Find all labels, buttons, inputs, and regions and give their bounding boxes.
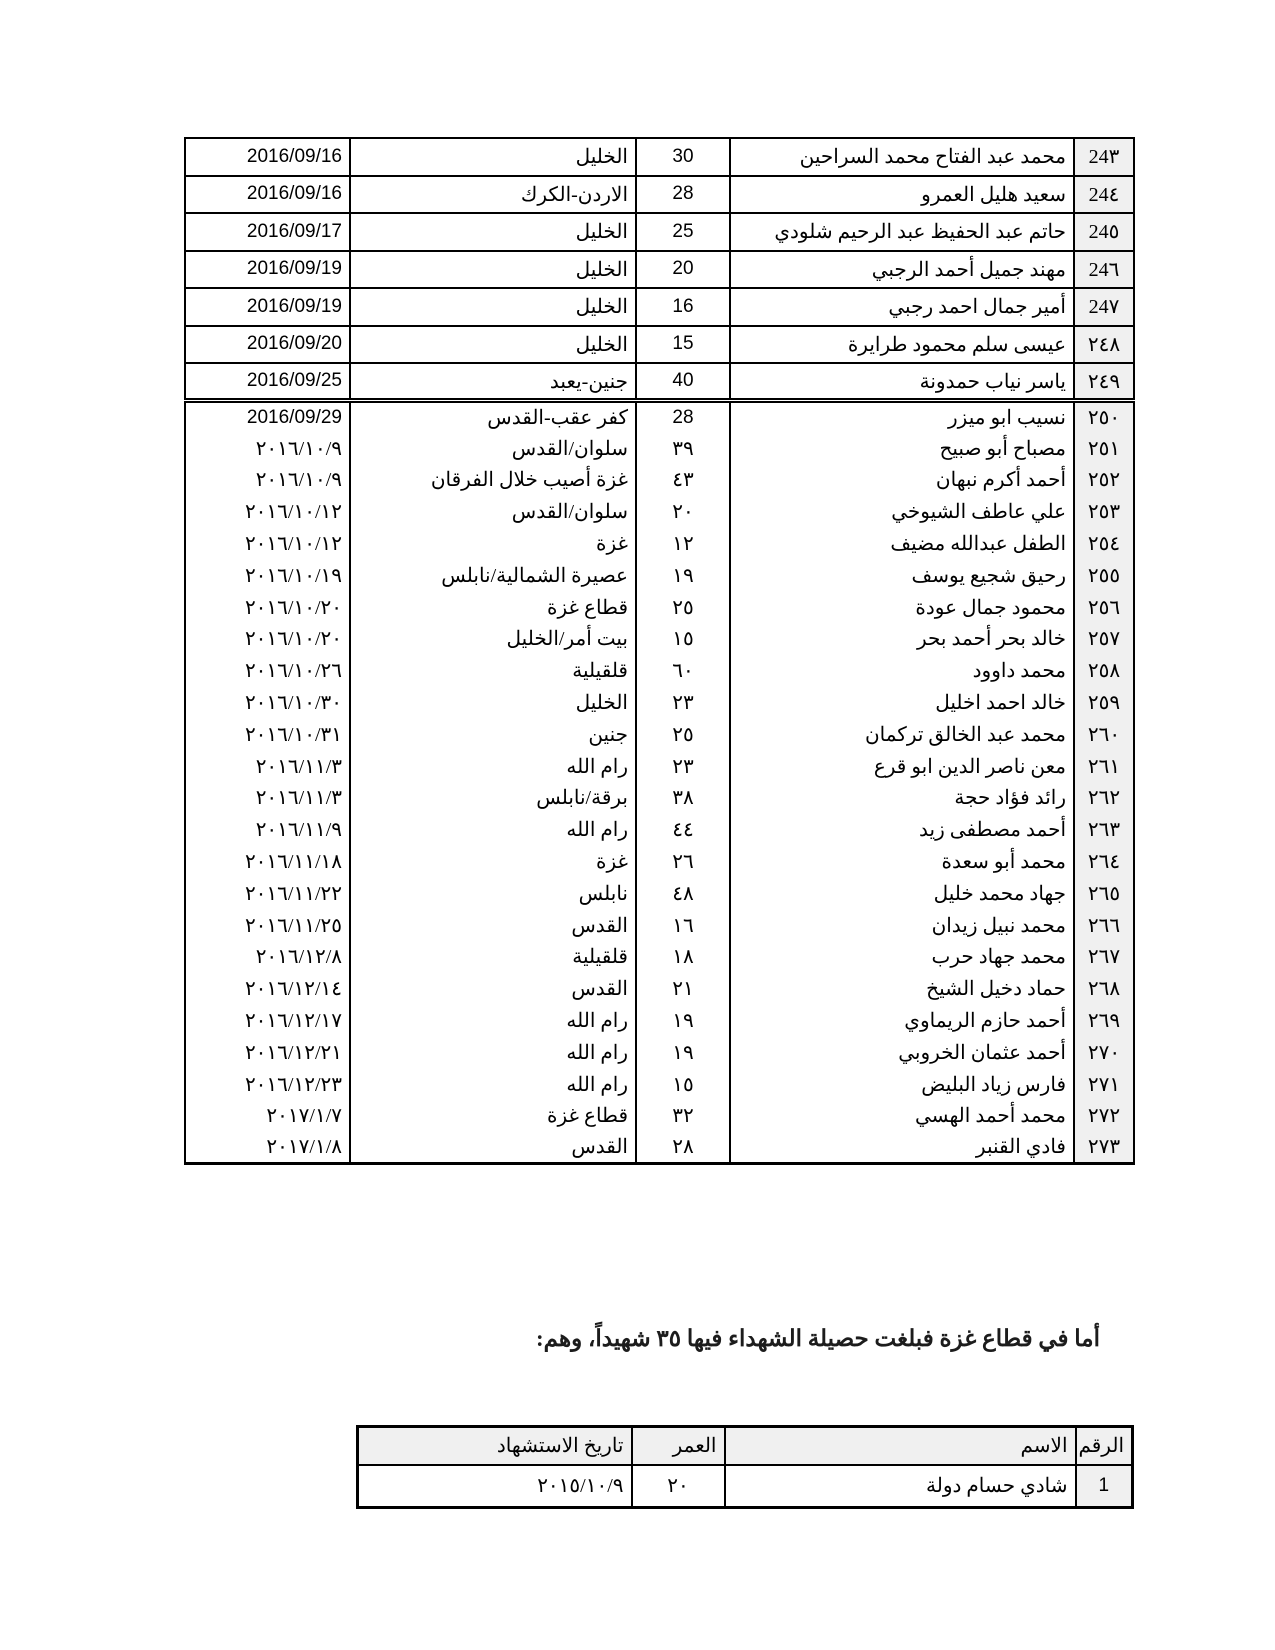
cell-age: ٤٣ [636, 464, 730, 496]
cell-location: الخليل [350, 138, 636, 176]
cell-name: ياسر نياب حمدونة [730, 363, 1074, 401]
table-row: 24٤سعيد هليل العمرو28الاردن-الكرك2016/09… [185, 176, 1134, 214]
cell-date: ٢٠١٦/١٠/٩ [185, 432, 350, 464]
cell-age: ١٦ [636, 909, 730, 941]
cell-age: ٣٢ [636, 1100, 730, 1132]
martyrs-table-continued: 24٣محمد عبد الفتاح محمد السراحين30الخليل… [184, 137, 1135, 1165]
document-page: 24٣محمد عبد الفتاح محمد السراحين30الخليل… [0, 0, 1275, 1650]
cell-age: ٤٤ [636, 814, 730, 846]
table-row: ٢٧١فارس زياد البليض١٥رام الله٢٠١٦/١٢/٢٣ [185, 1068, 1134, 1100]
table-row: ٢٥٥رحيق شجيع يوسف١٩عصيرة الشمالية/نابلس٢… [185, 559, 1134, 591]
cell-date: ٢٠١٦/١٢/٢٣ [185, 1068, 350, 1100]
cell-age: ٢٠ [632, 1465, 725, 1508]
header-date: تاريخ الاستشهاد [358, 1427, 632, 1465]
table-row: ٢٥٣علي عاطف الشيوخي٢٠سلوان/القدس٢٠١٦/١٠/… [185, 496, 1134, 528]
table-row: 24٥حاتم عبد الحفيظ عبد الرحيم شلودي25الخ… [185, 213, 1134, 251]
cell-name: أحمد عثمان الخروبي [730, 1036, 1074, 1068]
table-row: ٢٥٧خالد بحر أحمد بحر١٥بيت أمر/الخليل٢٠١٦… [185, 623, 1134, 655]
cell-name: شادي حسام دولة [725, 1465, 1076, 1508]
cell-name: أمير جمال احمد رجبي [730, 288, 1074, 326]
cell-location: قطاع غزة [350, 1100, 636, 1132]
cell-age: ٢١ [636, 973, 730, 1005]
cell-number: ٢٥٥ [1074, 559, 1134, 591]
table-row: 24٣محمد عبد الفتاح محمد السراحين30الخليل… [185, 138, 1134, 176]
cell-age: 30 [636, 138, 730, 176]
cell-location: القدس [350, 909, 636, 941]
cell-date: ٢٠١٦/١٢/٨ [185, 941, 350, 973]
cell-age: ٦٠ [636, 655, 730, 687]
cell-location: نابلس [350, 877, 636, 909]
cell-number: ٢٦٥ [1074, 877, 1134, 909]
cell-age: 28 [636, 176, 730, 214]
cell-number: ٢٦٤ [1074, 846, 1134, 878]
cell-name: مهند جميل أحمد الرجبي [730, 251, 1074, 289]
cell-date: ٢٠١٦/١١/٢٥ [185, 909, 350, 941]
cell-location: الخليل [350, 213, 636, 251]
cell-name: خالد بحر أحمد بحر [730, 623, 1074, 655]
cell-name: محمد أبو سعدة [730, 846, 1074, 878]
cell-date: ٢٠١٦/١٢/٢١ [185, 1036, 350, 1068]
cell-date: ٢٠١٦/١٠/٢٠ [185, 591, 350, 623]
cell-age: ١٢ [636, 528, 730, 560]
table-row: 1 شادي حسام دولة ٢٠ ٢٠١٥/١٠/٩ [358, 1465, 1133, 1508]
cell-number: ٢٦٦ [1074, 909, 1134, 941]
cell-number: ٢٦٣ [1074, 814, 1134, 846]
cell-number: ٢٥٤ [1074, 528, 1134, 560]
cell-date: ٢٠١٦/١٢/١٤ [185, 973, 350, 1005]
cell-number: ٢٥٩ [1074, 687, 1134, 719]
table-row: ٢٥٤الطفل عبدالله مضيف١٢غزة٢٠١٦/١٠/١٢ [185, 528, 1134, 560]
cell-age: ٢٣ [636, 687, 730, 719]
cell-name: حماد دخيل الشيخ [730, 973, 1074, 1005]
cell-date: 2016/09/19 [185, 251, 350, 289]
cell-location: رام الله [350, 1005, 636, 1037]
cell-name: علي عاطف الشيوخي [730, 496, 1074, 528]
cell-name: محمد نبيل زيدان [730, 909, 1074, 941]
table-row: ٢٦٨حماد دخيل الشيخ٢١القدس٢٠١٦/١٢/١٤ [185, 973, 1134, 1005]
cell-location: عصيرة الشمالية/نابلس [350, 559, 636, 591]
cell-location: الخليل [350, 288, 636, 326]
cell-number: ٢٥٢ [1074, 464, 1134, 496]
cell-age: ٣٨ [636, 782, 730, 814]
cell-name: رائد فؤاد حجة [730, 782, 1074, 814]
cell-name: محمد عبد الفتاح محمد السراحين [730, 138, 1074, 176]
cell-location: رام الله [350, 814, 636, 846]
cell-number: ٢٥٦ [1074, 591, 1134, 623]
cell-date: 2016/09/19 [185, 288, 350, 326]
cell-number: ٢٧١ [1074, 1068, 1134, 1100]
cell-age: ٢٦ [636, 846, 730, 878]
cell-number: ٢٧٢ [1074, 1100, 1134, 1132]
table-row: ٢٦١معن ناصر الدين ابو قرع٢٣رام الله٢٠١٦/… [185, 750, 1134, 782]
cell-location: الخليل [350, 687, 636, 719]
cell-location: قلقيلية [350, 655, 636, 687]
cell-age: ٢٣ [636, 750, 730, 782]
cell-name: حاتم عبد الحفيظ عبد الرحيم شلودي [730, 213, 1074, 251]
table-row: ٢٤٩ياسر نياب حمدونة40جنين-يعبد2016/09/25 [185, 363, 1134, 401]
cell-date: 2016/09/17 [185, 213, 350, 251]
cell-date: ٢٠١٦/١١/١٨ [185, 846, 350, 878]
cell-name: محمد أحمد الهسي [730, 1100, 1074, 1132]
cell-date: ٢٠١٦/١١/٣ [185, 750, 350, 782]
cell-date: 2016/09/29 [185, 401, 350, 433]
header-age: العمر [632, 1427, 725, 1465]
cell-date: ٢٠١٦/١٠/١٢ [185, 496, 350, 528]
cell-age: ١٨ [636, 941, 730, 973]
cell-name: محمود جمال عودة [730, 591, 1074, 623]
gaza-martyrs-table: الرقم الاسم العمر تاريخ الاستشهاد 1 شادي… [356, 1425, 1134, 1509]
cell-date: ٢٠١٦/١٠/١٩ [185, 559, 350, 591]
cell-date: ٢٠١٦/١٠/٢٠ [185, 623, 350, 655]
table-row: ٢٦٩أحمد حازم الريماوي١٩رام الله٢٠١٦/١٢/١… [185, 1005, 1134, 1037]
cell-number: ٢٦٧ [1074, 941, 1134, 973]
cell-location: غزة [350, 528, 636, 560]
table-row: ٢٧٠أحمد عثمان الخروبي١٩رام الله٢٠١٦/١٢/٢… [185, 1036, 1134, 1068]
cell-age: ٣٩ [636, 432, 730, 464]
cell-location: الخليل [350, 251, 636, 289]
cell-number: ٢٦٢ [1074, 782, 1134, 814]
cell-age: ١٩ [636, 1005, 730, 1037]
cell-name: محمد داوود [730, 655, 1074, 687]
cell-age: ٤٨ [636, 877, 730, 909]
cell-name: محمد عبد الخالق تركمان [730, 718, 1074, 750]
table-row: ٢٥٢أحمد أكرم نبهان٤٣غزة أصيب خلال الفرقا… [185, 464, 1134, 496]
cell-name: خالد احمد اخليل [730, 687, 1074, 719]
table-row: ٢٦٠محمد عبد الخالق تركمان٢٥جنين٢٠١٦/١٠/٣… [185, 718, 1134, 750]
cell-number: ٢٦٨ [1074, 973, 1134, 1005]
cell-number: 24٥ [1074, 213, 1134, 251]
cell-age: 28 [636, 401, 730, 433]
cell-location: جنين-يعبد [350, 363, 636, 401]
cell-location: رام الله [350, 1036, 636, 1068]
cell-number: 24٤ [1074, 176, 1134, 214]
cell-number: 24٣ [1074, 138, 1134, 176]
cell-number: ٢٤٩ [1074, 363, 1134, 401]
cell-age: ١٩ [636, 1036, 730, 1068]
cell-name: فادي القنبر [730, 1132, 1074, 1164]
cell-number: ٢٥٧ [1074, 623, 1134, 655]
table-row: ٢٤٨عيسى سلم محمود طرايرة15الخليل2016/09/… [185, 326, 1134, 364]
cell-location: قطاع غزة [350, 591, 636, 623]
cell-location: رام الله [350, 750, 636, 782]
cell-number: ٢٥٨ [1074, 655, 1134, 687]
cell-name: أحمد حازم الريماوي [730, 1005, 1074, 1037]
table-row: ٢٥١مصباح أبو صبيح٣٩سلوان/القدس٢٠١٦/١٠/٩ [185, 432, 1134, 464]
table-row: ٢٥٨محمد داوود٦٠قلقيلية٢٠١٦/١٠/٢٦ [185, 655, 1134, 687]
table-row: ٢٥٠نسيب ابو ميزر28كفر عقب-القدس2016/09/2… [185, 401, 1134, 433]
cell-date: ٢٠١٦/١٠/١٢ [185, 528, 350, 560]
cell-age: ٢٠ [636, 496, 730, 528]
cell-date: ٢٠١٦/١١/٢٢ [185, 877, 350, 909]
cell-number: ٢٤٨ [1074, 326, 1134, 364]
cell-location: رام الله [350, 1068, 636, 1100]
table-row: ٢٦٢رائد فؤاد حجة٣٨برقة/نابلس٢٠١٦/١١/٣ [185, 782, 1134, 814]
table-row: ٢٦٦محمد نبيل زيدان١٦القدس٢٠١٦/١١/٢٥ [185, 909, 1134, 941]
table-header-row: الرقم الاسم العمر تاريخ الاستشهاد [358, 1427, 1133, 1465]
cell-age: 25 [636, 213, 730, 251]
cell-date: ٢٠١٦/١١/٣ [185, 782, 350, 814]
cell-location: سلوان/القدس [350, 496, 636, 528]
table-row: ٢٧٣فادي القنبر٢٨القدس٢٠١٧/١/٨ [185, 1132, 1134, 1164]
cell-name: رحيق شجيع يوسف [730, 559, 1074, 591]
cell-date: ٢٠١٦/١٠/٩ [185, 464, 350, 496]
cell-number: ٢٧٣ [1074, 1132, 1134, 1164]
cell-name: أحمد أكرم نبهان [730, 464, 1074, 496]
cell-date: ٢٠١٥/١٠/٩ [358, 1465, 632, 1508]
cell-date: 2016/09/16 [185, 138, 350, 176]
cell-number: 24٦ [1074, 251, 1134, 289]
cell-location: بيت أمر/الخليل [350, 623, 636, 655]
cell-name: عيسى سلم محمود طرايرة [730, 326, 1074, 364]
cell-location: قلقيلية [350, 941, 636, 973]
cell-name: الطفل عبدالله مضيف [730, 528, 1074, 560]
cell-date: ٢٠١٦/١٢/١٧ [185, 1005, 350, 1037]
cell-number: ٢٥٣ [1074, 496, 1134, 528]
cell-name: محمد جهاد حرب [730, 941, 1074, 973]
cell-age: 40 [636, 363, 730, 401]
cell-number: 1 [1076, 1465, 1133, 1508]
cell-number: ٢٥١ [1074, 432, 1134, 464]
cell-date: ٢٠١٦/١٠/٣١ [185, 718, 350, 750]
cell-number: 24٧ [1074, 288, 1134, 326]
cell-location: برقة/نابلس [350, 782, 636, 814]
table-row: ٢٦٧محمد جهاد حرب١٨قلقيلية٢٠١٦/١٢/٨ [185, 941, 1134, 973]
cell-number: ٢٥٠ [1074, 401, 1134, 433]
cell-date: ٢٠١٦/١٠/٣٠ [185, 687, 350, 719]
table-row: ٢٦٣أحمد مصطفى زيد٤٤رام الله٢٠١٦/١١/٩ [185, 814, 1134, 846]
cell-name: معن ناصر الدين ابو قرع [730, 750, 1074, 782]
table-row: ٢٥٩خالد احمد اخليل٢٣الخليل٢٠١٦/١٠/٣٠ [185, 687, 1134, 719]
cell-age: ١٩ [636, 559, 730, 591]
cell-location: سلوان/القدس [350, 432, 636, 464]
cell-location: القدس [350, 1132, 636, 1164]
cell-location: كفر عقب-القدس [350, 401, 636, 433]
cell-age: ١٥ [636, 623, 730, 655]
cell-location: القدس [350, 973, 636, 1005]
section-heading: أما في قطاع غزة فبلغت حصيلة الشهداء فيها… [536, 1326, 1100, 1352]
cell-age: ٢٥ [636, 718, 730, 750]
cell-number: ٢٦٩ [1074, 1005, 1134, 1037]
cell-name: جهاد محمد خليل [730, 877, 1074, 909]
cell-date: ٢٠١٦/١٠/٢٦ [185, 655, 350, 687]
table-row: 24٦مهند جميل أحمد الرجبي20الخليل2016/09/… [185, 251, 1134, 289]
cell-name: نسيب ابو ميزر [730, 401, 1074, 433]
cell-date: 2016/09/25 [185, 363, 350, 401]
table-row: ٢٦٤محمد أبو سعدة٢٦غزة٢٠١٦/١١/١٨ [185, 846, 1134, 878]
cell-age: 16 [636, 288, 730, 326]
cell-date: ٢٠١٧/١/٨ [185, 1132, 350, 1164]
cell-location: الخليل [350, 326, 636, 364]
table-row: ٢٧٢محمد أحمد الهسي٣٢قطاع غزة٢٠١٧/١/٧ [185, 1100, 1134, 1132]
cell-date: ٢٠١٧/١/٧ [185, 1100, 350, 1132]
cell-number: ٢٦٠ [1074, 718, 1134, 750]
cell-date: 2016/09/16 [185, 176, 350, 214]
cell-location: غزة [350, 846, 636, 878]
cell-age: ٢٨ [636, 1132, 730, 1164]
cell-age: ٢٥ [636, 591, 730, 623]
table-row: ٢٥٦محمود جمال عودة٢٥قطاع غزة٢٠١٦/١٠/٢٠ [185, 591, 1134, 623]
header-number: الرقم [1076, 1427, 1133, 1465]
cell-name: أحمد مصطفى زيد [730, 814, 1074, 846]
cell-name: مصباح أبو صبيح [730, 432, 1074, 464]
cell-date: ٢٠١٦/١١/٩ [185, 814, 350, 846]
cell-location: غزة أصيب خلال الفرقان [350, 464, 636, 496]
cell-number: ٢٦١ [1074, 750, 1134, 782]
header-name: الاسم [725, 1427, 1076, 1465]
cell-date: 2016/09/20 [185, 326, 350, 364]
cell-name: فارس زياد البليض [730, 1068, 1074, 1100]
cell-location: جنين [350, 718, 636, 750]
cell-name: سعيد هليل العمرو [730, 176, 1074, 214]
cell-location: الاردن-الكرك [350, 176, 636, 214]
table-row: ٢٦٥جهاد محمد خليل٤٨نابلس٢٠١٦/١١/٢٢ [185, 877, 1134, 909]
cell-age: 20 [636, 251, 730, 289]
cell-age: 15 [636, 326, 730, 364]
table-row: 24٧أمير جمال احمد رجبي16الخليل2016/09/19 [185, 288, 1134, 326]
cell-age: ١٥ [636, 1068, 730, 1100]
cell-number: ٢٧٠ [1074, 1036, 1134, 1068]
